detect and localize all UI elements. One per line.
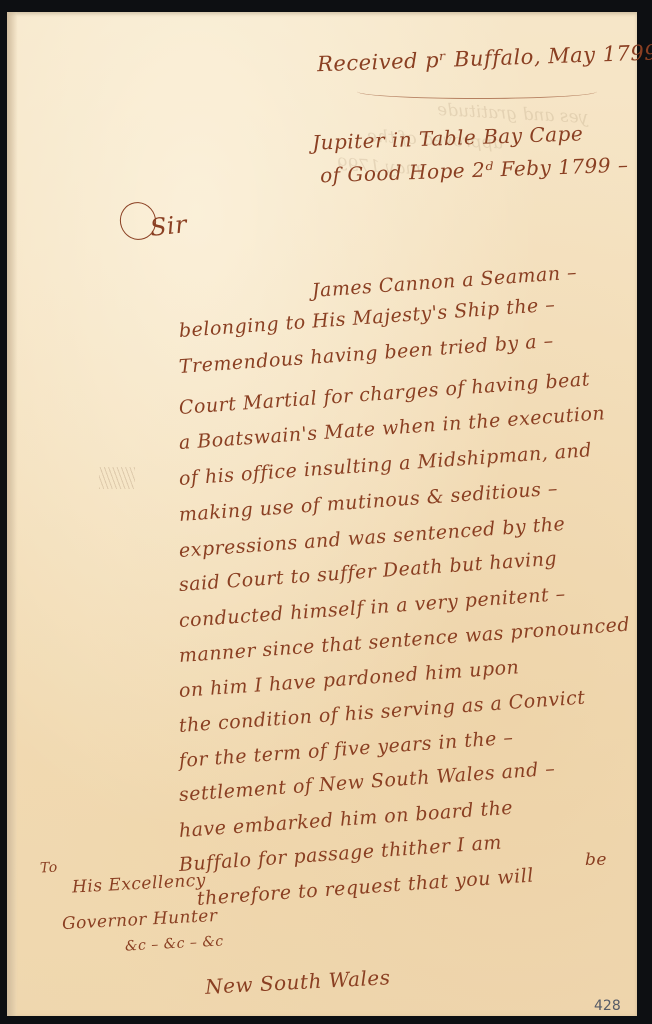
stray-pen-marks [99,467,135,489]
address-recipient-name: Governor Hunter [62,906,218,934]
body-line: therefore to request that you will [196,864,534,909]
folio-number: 428 [594,998,621,1014]
manuscript-page: yes and gratitude approved of the may 17… [7,12,637,1016]
catchword: be [585,850,607,870]
received-note: Received pʳ Buffalo, May 1799 – [317,40,652,77]
address-to: To [40,860,59,877]
address-etcetera: &c – &c – &c [125,933,224,954]
underline-flourish [357,84,597,99]
address-recipient-title: His Excellency [72,871,207,898]
document-scan: yes and gratitude approved of the may 17… [0,0,652,1024]
address-place: New South Wales [204,965,390,999]
salutation: Sir [149,210,189,242]
dateline-place: Jupiter in Table Bay Cape [312,121,584,154]
